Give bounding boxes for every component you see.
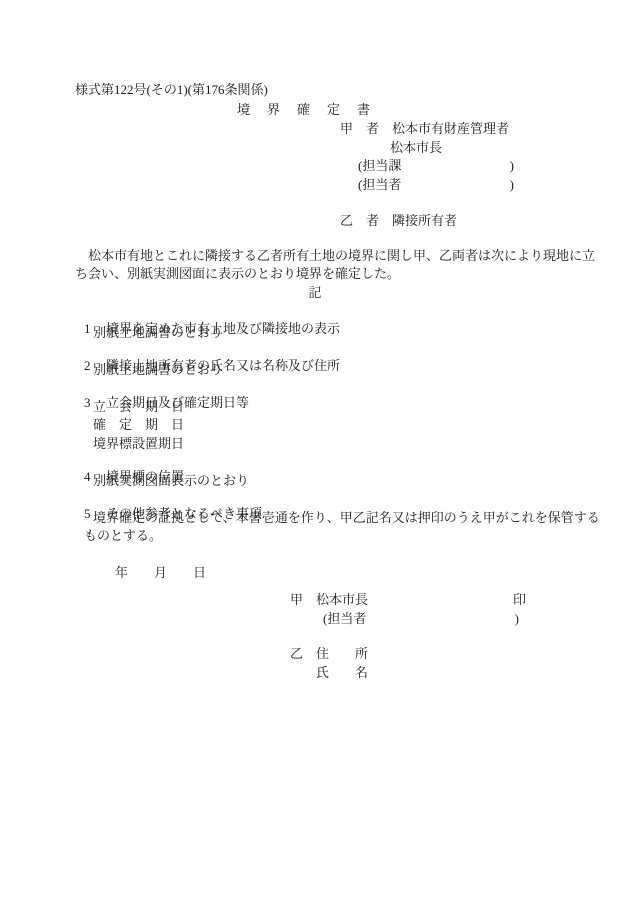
paren-close: ) — [510, 177, 514, 192]
signer-a-name: 甲 松本市長 — [290, 592, 368, 607]
document-page: 様式第122号(その1)(第176条関係) 境 界 確 定 書 甲 者 松本市有… — [0, 0, 630, 903]
item-3-confirmation-date-line: 確 定 期 日 — [93, 417, 184, 432]
item-3-marker-date-line: 境界標設置期日 — [93, 436, 184, 451]
form-number: 様式第122号(その1)(第176条関係) — [75, 82, 268, 97]
signer-a-line: 甲 松本市長 印 — [290, 592, 526, 607]
paren-close: ) — [510, 158, 514, 173]
item-5-body-line-2: ものとする。 — [84, 528, 162, 543]
document-title: 境 界 確 定 書 — [237, 102, 372, 117]
body-paragraph-line-2: ち会い、別紙実測図面に表示のとおり境界を確定した。 — [75, 266, 400, 281]
body-paragraph-line-1: 松本市有地とこれに隣接する乙者所有土地の境界に関し甲、乙両者は次により現地に立 — [75, 248, 595, 263]
item-4-detail: 別紙実測図面表示のとおり — [93, 473, 249, 488]
section-field-label: (担当課 — [358, 158, 401, 173]
item-1-detail: 別紙土地調書のとおり — [93, 325, 223, 340]
party-b-role-line: 乙 者 隣接所有者 — [340, 213, 457, 228]
item-3-attendance-date-line: 立 会 期 日 — [93, 399, 184, 414]
signer-a-contact-field: (担当者 ) — [323, 611, 519, 626]
party-a-title-line: 松本市長 — [390, 140, 442, 155]
ki-heading: 記 — [75, 285, 555, 300]
item-2-detail: 別紙土地調書のとおり — [93, 362, 223, 377]
signer-a-contact-label: (担当者 — [323, 611, 366, 626]
signer-b-name-line: 氏 名 — [316, 665, 368, 680]
party-a-section-field: (担当課 ) — [358, 158, 514, 173]
date-line: 年 月 日 — [115, 565, 206, 580]
party-a-person-field: (担当者 ) — [358, 177, 514, 192]
paren-close: ) — [515, 611, 519, 626]
party-a-role-line: 甲 者 松本市有財産管理者 — [340, 121, 509, 136]
seal-mark: 印 — [513, 592, 526, 607]
item-5-body-line-1: 境界確定の証拠として、本書壱通を作り、甲乙記名又は押印のうえ甲がこれを保管する — [93, 510, 600, 525]
signer-b-address-line: 乙 住 所 — [290, 646, 368, 661]
person-field-label: (担当者 — [358, 177, 401, 192]
